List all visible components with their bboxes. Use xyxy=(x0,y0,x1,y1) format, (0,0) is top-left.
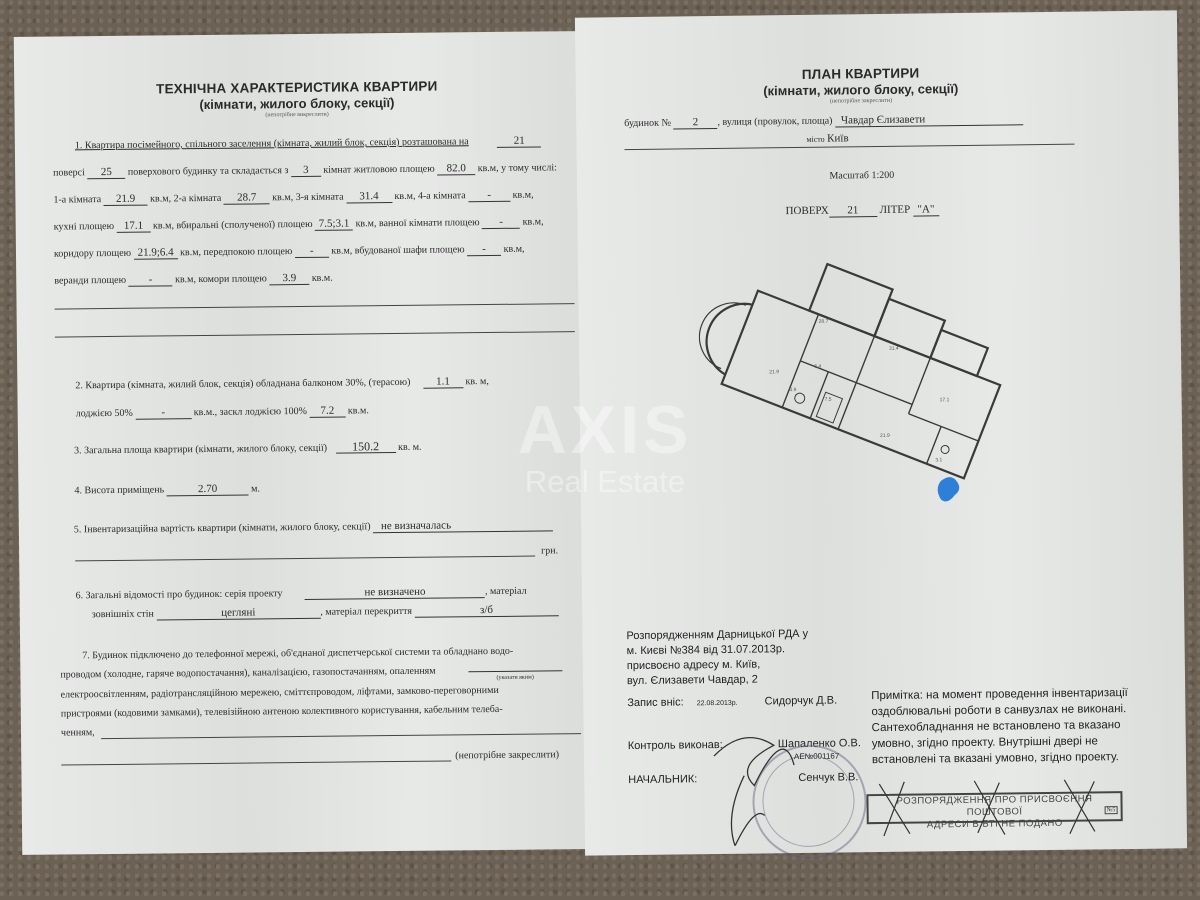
section-1-line-5: коридору площею 21.9;6.4 кв.м, передпоко… xyxy=(54,243,525,261)
unit: кв.м, xyxy=(394,191,415,202)
floor-letter-row: ПОВЕРХ21 ЛІТЕР "А" xyxy=(577,201,1147,221)
plan-floor: 21 xyxy=(829,204,877,218)
ceiling-height: 2.70 xyxy=(167,483,249,497)
blank-line xyxy=(55,331,575,337)
section-4-line: 4. Висота приміщень 2.70 м. xyxy=(74,482,260,497)
section-7-line-4: пристроями (кодовими замками), телевізій… xyxy=(61,704,503,721)
technical-characteristics-page: ТЕХНІЧНА ХАРАКТЕРИСТИКА КВАРТИРИ (кімнат… xyxy=(14,31,588,855)
label-chief: НАЧАЛЬНИК: xyxy=(628,773,697,786)
address-order: Розпорядженням Дарницької РДА у м. Києві… xyxy=(626,627,808,689)
city-row: місто Київ xyxy=(806,132,848,146)
floor-value: 21 xyxy=(497,134,541,147)
svg-text:21.9: 21.9 xyxy=(769,369,779,375)
label-veranda: веранди площею xyxy=(54,275,126,287)
label-kitchen: кухні площею xyxy=(54,221,114,233)
label-living-area: кімнат житловою площею xyxy=(323,164,434,176)
signature xyxy=(693,715,805,846)
note-line: встановлені та вказані умовно, згідно пр… xyxy=(872,749,1129,768)
section-1-lead: 1. Квартира посімейного, спільного засел… xyxy=(75,136,469,151)
unit: кв.м, xyxy=(175,274,196,285)
label-room-4: 4-а кімната xyxy=(418,190,466,201)
unit: кв.м, xyxy=(355,218,376,229)
house-number: 2 xyxy=(673,116,717,130)
room-1-area: 21.9 xyxy=(104,193,148,206)
section-3-line: 3. Загальна площа квартири (кімнати, жил… xyxy=(74,440,422,458)
blank-line xyxy=(75,556,535,562)
entry-date: 22.08.2013р. xyxy=(697,700,738,707)
section-1-line-3: 1-а кімната 21.9 кв.м, 2-а кімната 28.7 … xyxy=(53,189,533,207)
unit: кв.м, xyxy=(513,190,534,201)
svg-text:3.9: 3.9 xyxy=(789,387,796,393)
section-1-line-6: веранди площею - кв.м, комори площею 3.9… xyxy=(54,272,333,288)
label-loggia-100: кв.м., заскл лоджією 100% xyxy=(194,406,307,418)
svg-text:17.1: 17.1 xyxy=(940,397,950,403)
storage-area: 3.9 xyxy=(269,272,309,285)
living-area: 82.0 xyxy=(437,162,475,175)
order-line: вул. Єлизавети Чавдар, 2 xyxy=(627,672,809,689)
inventory-note: Примітка: на момент проведення інвентари… xyxy=(871,685,1129,768)
section-5-line: 5. Інвентаризаційна вартість квартири (к… xyxy=(74,518,553,536)
label-house: будинок № xyxy=(624,118,671,130)
label-letter: ЛІТЕР xyxy=(879,204,910,216)
section-3-lead: 3. Загальна площа квартири (кімнати, жил… xyxy=(74,443,327,457)
section-7-line-5: ченням, xyxy=(61,727,95,739)
floor-plan-drawing: 21.9 28.7 31.4 17.1 6.4 3.9 7.5 21.9 3.1 xyxy=(698,260,1011,514)
unit: кв.м, xyxy=(504,244,525,255)
address-line: будинок № 2, вулиця (провулок, площа) Ча… xyxy=(624,112,1023,130)
label-hall: передпокою площею xyxy=(203,246,292,258)
hint-which: (указати яким) xyxy=(468,670,562,684)
label-corridor: коридору площею xyxy=(54,248,131,260)
wc-area: 7.5;3.1 xyxy=(315,217,353,230)
project-series: не визначено xyxy=(305,585,485,600)
loggia-50-area: - xyxy=(135,406,191,420)
floors-total: 25 xyxy=(87,166,125,179)
label-building: поверхового будинку та складається з xyxy=(128,165,289,178)
loggia-100-area: 7.2 xyxy=(309,405,345,418)
unit: кв.м. xyxy=(348,405,369,416)
section-2-line-2: лоджією 50% - кв.м., заскл лоджією 100% … xyxy=(76,404,369,420)
section-2-line-1: 2. Квартира (кімната, жилий блок, секція… xyxy=(75,375,489,392)
label-including: кв.м, у тому числі: xyxy=(478,162,557,174)
plan-letter: "А" xyxy=(913,203,939,216)
unit: кв.м, xyxy=(153,220,174,231)
section-1-line-4: кухні площею 17.1 кв.м, вбиральні (сполу… xyxy=(54,215,544,233)
balcony-area: 1.1 xyxy=(423,375,463,388)
unit: м. xyxy=(251,483,260,494)
room-4-area: - xyxy=(468,189,510,202)
unit: кв.м, xyxy=(331,245,352,256)
kitchen-area: 17.1 xyxy=(116,220,150,233)
label-room-3: 3-я кімната xyxy=(296,192,344,204)
hall-area: - xyxy=(295,245,329,258)
label-wc: вбиральні (сполученої) площею xyxy=(176,219,312,231)
label-street: , вулиця (провулок, площа) xyxy=(717,116,832,128)
svg-text:31.4: 31.4 xyxy=(889,346,899,352)
svg-text:7.5: 7.5 xyxy=(825,397,832,403)
blank-line xyxy=(61,760,451,765)
floor-material: з/б xyxy=(414,603,558,618)
scale: Масштаб 1:200 xyxy=(577,167,1147,186)
unit: кв.м, xyxy=(523,216,544,227)
label-bathroom: ванної кімнати площею xyxy=(379,217,480,229)
inventory-value: не визначалась xyxy=(373,518,553,533)
label-room-1: 1-а кімната xyxy=(53,194,101,205)
veranda-area: - xyxy=(129,273,173,286)
section-6-line-2: зовнішніх стін цегляні, матеріал перекри… xyxy=(92,603,559,621)
street-name: Чавдар Єлизавети xyxy=(835,112,1023,127)
label-storage: комори площею xyxy=(198,273,266,285)
label-floor-material: , матеріал перекриття xyxy=(320,606,412,618)
label-floors: поверсі xyxy=(53,167,85,178)
corridor-area: 21.9;6.4 xyxy=(134,246,178,259)
entry-name: Сидорчук Д.В. xyxy=(765,695,838,708)
section-5-lead: 5. Інвентаризаційна вартість квартири (к… xyxy=(74,521,371,535)
section-2-lead: 2. Квартира (кімната, жилий блок, секція… xyxy=(75,377,410,392)
cross-marks xyxy=(869,771,1110,839)
section-6-line-1: 6. Загальні відомості про будинок: серія… xyxy=(76,585,527,603)
section-1-line-1: 1. Квартира посімейного, спільного засел… xyxy=(75,134,541,152)
city-line xyxy=(625,144,1075,150)
label-walls: зовнішніх стін xyxy=(92,609,154,621)
strike-hint-footer: (непотрібне закреслити) xyxy=(455,749,559,762)
closet-area: - xyxy=(467,243,501,256)
blank-line xyxy=(55,303,575,309)
unit: кв. м. xyxy=(398,442,422,453)
walls-material: цегляні xyxy=(156,606,320,621)
room-3-area: 31.4 xyxy=(346,190,392,203)
section-1-line-2: поверсі 25 поверхового будинку та склада… xyxy=(53,161,557,179)
rooms-count: 3 xyxy=(291,164,321,177)
label-city: місто xyxy=(806,135,824,144)
label-loggia-50: лоджією 50% xyxy=(76,408,133,420)
svg-text:6.4: 6.4 xyxy=(814,364,821,370)
section-7-line-1: 7. Будинок підключено до телефонної мере… xyxy=(82,646,513,663)
city-name: Київ xyxy=(827,132,849,144)
unit: кв.м, xyxy=(180,247,201,258)
svg-text:21.9: 21.9 xyxy=(880,433,890,439)
section-7-text: проводом (холодне, гаряче водопостачання… xyxy=(60,666,435,681)
bathroom-area: - xyxy=(482,216,520,229)
svg-text:3.1: 3.1 xyxy=(935,457,942,463)
label-material: , матеріал xyxy=(485,586,527,597)
unit: кв. м, xyxy=(465,376,489,387)
order-line: м. Києві №384 від 31.07.2013р. xyxy=(627,642,809,659)
label-entry: Запис вніс: xyxy=(627,696,683,709)
currency: грн. xyxy=(541,545,558,557)
unit: кв.м. xyxy=(312,273,333,284)
label-room-2: 2-а кімната xyxy=(174,193,222,204)
total-area: 150.2 xyxy=(336,440,396,454)
entry-row: Запис вніс: 22.08.2013р. Сидорчук Д.В. xyxy=(627,693,837,714)
label-closet: вбудованої шафи площею xyxy=(355,244,465,256)
apartment-plan-page: ПЛАН КВАРТИРИ (кімнати, жилого блоку, се… xyxy=(575,10,1187,855)
blank-line xyxy=(101,733,581,739)
label-floor: ПОВЕРХ xyxy=(785,205,828,218)
unit: кв.м, xyxy=(272,192,293,203)
room-2-area: 28.7 xyxy=(224,191,270,204)
unit: кв.м, xyxy=(150,193,171,204)
svg-text:28.7: 28.7 xyxy=(819,319,829,325)
section-6-lead: 6. Загальні відомості про будинок: серія… xyxy=(76,588,283,601)
section-4-lead: 4. Висота приміщень xyxy=(74,484,164,496)
